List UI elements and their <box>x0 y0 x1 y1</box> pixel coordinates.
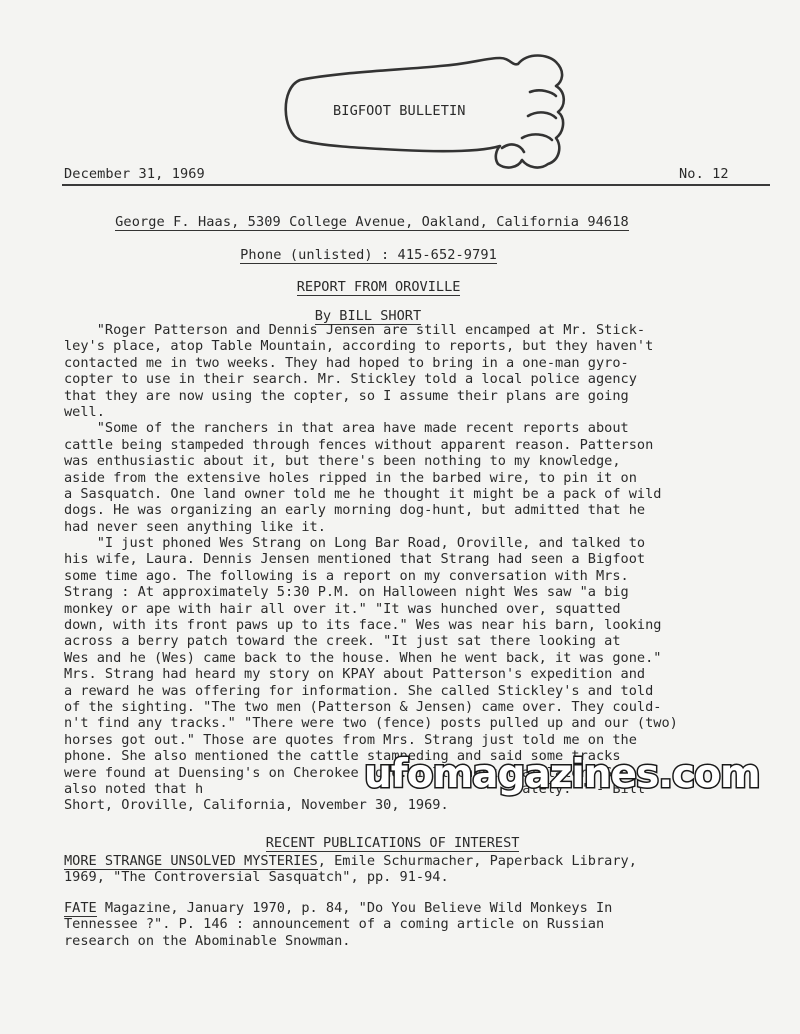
article-line: that they are now using the copter, so I… <box>64 388 784 404</box>
publisher-address: George F. Haas, 5309 College Avenue, Oak… <box>115 214 629 231</box>
article-line: monkey or ape with hair all over it." "I… <box>64 601 784 617</box>
article-line: cattle being stampeded through fences wi… <box>64 437 784 453</box>
publication-title: MORE STRANGE UNSOLVED MYSTERIES <box>64 853 318 870</box>
article-line: was enthusiastic about it, but there's b… <box>64 453 784 469</box>
article-line: n't find any tracks." "There were two (f… <box>64 715 784 731</box>
article-line: his wife, Laura. Dennis Jensen mentioned… <box>64 551 784 567</box>
article-line: Strang : At approximately 5:30 P.M. on H… <box>64 584 784 600</box>
article-line: Short, Oroville, California, November 30… <box>64 797 784 813</box>
publication-title: FATE <box>64 900 97 917</box>
article-line: "Roger Patterson and Dennis Jensen are s… <box>64 322 784 338</box>
watermark: ufomagazines.com <box>364 752 760 797</box>
article-line: contacted me in two weeks. They had hope… <box>64 355 784 371</box>
issue-date: December 31, 1969 <box>64 166 205 182</box>
publication-entry: FATE Magazine, January 1970, p. 84, "Do … <box>64 900 784 949</box>
article-line: "I just phoned Wes Strang on Long Bar Ro… <box>64 535 784 551</box>
article-body: "Roger Patterson and Dennis Jensen are s… <box>64 322 784 814</box>
masthead-rule <box>62 184 770 186</box>
article-line: of the sighting. "The two men (Patterson… <box>64 699 784 715</box>
article-line: Wes and he (Wes) came back to the house.… <box>64 650 784 666</box>
article-line: had never seen anything like it. <box>64 519 784 535</box>
newsletter-page: BIGFOOT BULLETIN December 31, 1969 No. 1… <box>0 0 800 1034</box>
article-line: copter to use in their search. Mr. Stick… <box>64 371 784 387</box>
bulletin-title: BIGFOOT BULLETIN <box>333 103 466 119</box>
article-line: "Some of the ranchers in that area have … <box>64 420 784 436</box>
article-line: Mrs. Strang had heard my story on KPAY a… <box>64 666 784 682</box>
article-line: down, with its front paws up to its face… <box>64 617 784 633</box>
article-line: some time ago. The following is a report… <box>64 568 784 584</box>
issue-number: No. 12 <box>679 166 729 182</box>
article-line: aside from the extensive holes ripped in… <box>64 470 784 486</box>
article-line: well. <box>64 404 784 420</box>
article-line: ley's place, atop Table Mountain, accord… <box>64 338 784 354</box>
phone-number: Phone (unlisted) : 415-652-9791 <box>240 247 497 264</box>
publication-entry: MORE STRANGE UNSOLVED MYSTERIES, Emile S… <box>64 853 784 886</box>
article-line: horses got out." Those are quotes from M… <box>64 732 784 748</box>
article-line: a Sasquatch. One land owner told me he t… <box>64 486 784 502</box>
article-line: a reward he was offering for information… <box>64 683 784 699</box>
article-line: dogs. He was organizing an early morning… <box>64 502 784 518</box>
article-line: across a berry patch toward the creek. "… <box>64 633 784 649</box>
